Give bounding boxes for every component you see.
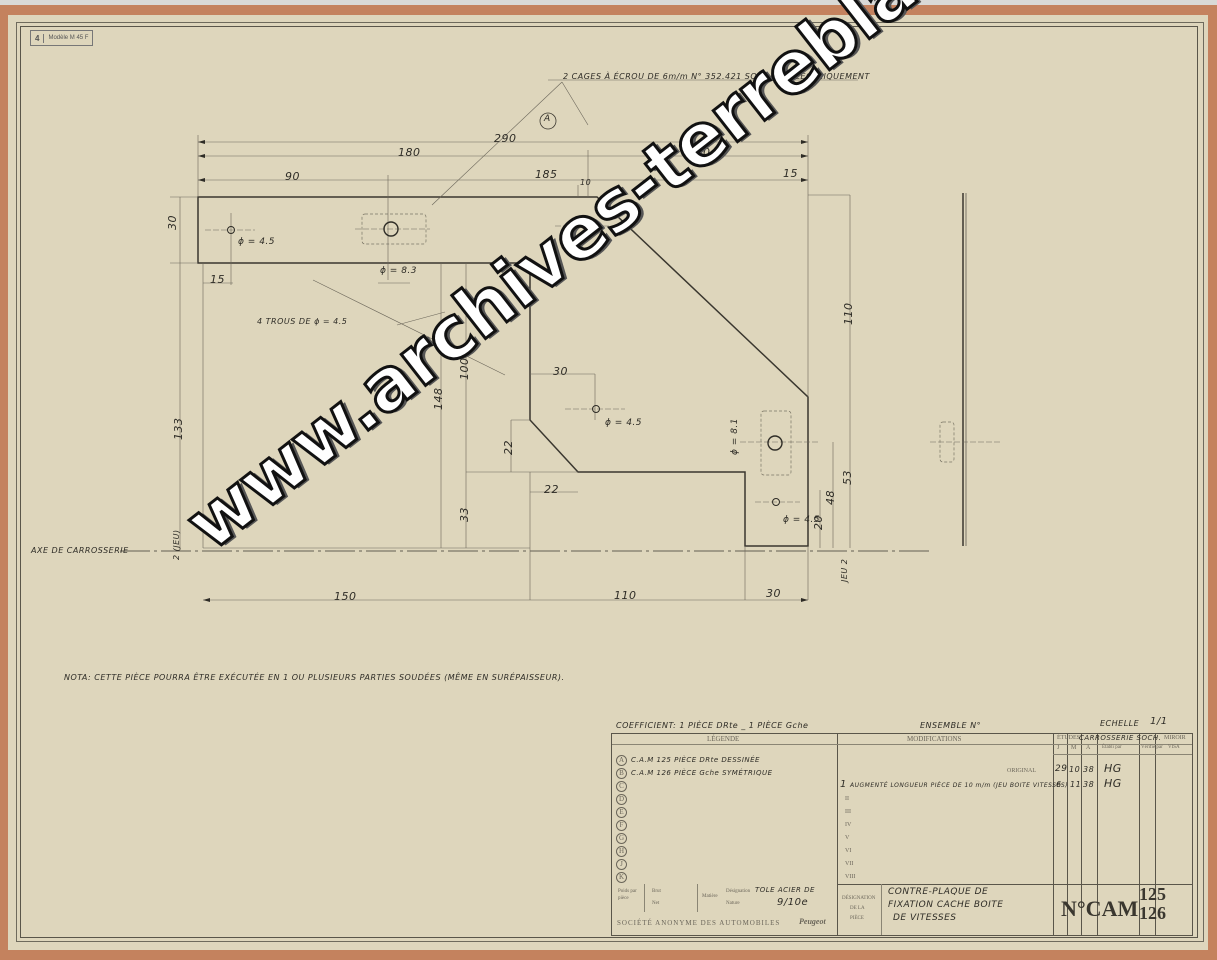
mod-row-3: III: [845, 805, 851, 819]
company-name: SOCIÉTÉ ANONYME DES AUTOMOBILES: [617, 919, 780, 927]
brand-logo: Peugeot: [799, 917, 826, 926]
dim-53: 53: [841, 470, 854, 485]
dim-15-top: 15: [783, 167, 798, 180]
echelle-value: 1/1: [1150, 716, 1168, 727]
legend-row-f: F: [616, 818, 627, 832]
etudes-header: ÉTUDES: [1057, 735, 1080, 741]
piece-name-line2: FIXATION CACHE BOITE: [888, 900, 1003, 910]
nature-label: Nature: [726, 901, 740, 906]
mod-original-etabli: HG: [1104, 762, 1122, 775]
mod-1-j: 6: [1056, 780, 1062, 789]
dim-30-bottom: 30: [766, 587, 781, 600]
dim-22-v: 22: [502, 440, 515, 455]
jeu-right: JEU 2: [840, 559, 849, 582]
dim-20: 20: [812, 515, 825, 530]
dim-110-right: 110: [842, 303, 855, 326]
col-m: M: [1071, 745, 1076, 751]
mod-1-m: 11: [1070, 780, 1081, 789]
etudes-value: CARROSSERIE SOCH.: [1079, 734, 1161, 742]
hole-d45-top: ϕ = 4.5: [238, 237, 275, 247]
mod-1-etabli: HG: [1104, 777, 1122, 790]
legend-row-c: C: [616, 779, 627, 793]
dim-180: 180: [398, 146, 421, 159]
jeu-left: 2 (JEU): [172, 529, 181, 560]
col-verifie: Vérifié par: [1141, 745, 1163, 750]
mod-row-2: II: [845, 792, 849, 806]
modifications-header: MODIFICATIONS: [907, 735, 961, 743]
ensemble: ENSEMBLE N°: [920, 721, 981, 730]
legend-row-a: AC.A.M 125 PIÈCE DRte DESSINÉE: [616, 753, 760, 767]
drawing-number-1: 125: [1139, 884, 1166, 905]
legend-row-j: J: [616, 857, 627, 871]
callout-a: A: [544, 114, 551, 124]
nota-text: NOTA: CETTE PIÈCE POURRA ÊTRE EXÉCUTÉE E…: [64, 673, 565, 682]
matiere-label: Matière: [702, 894, 718, 899]
mod-original-a: 38: [1083, 765, 1094, 774]
mod-original: ORIGINAL: [1007, 768, 1036, 774]
matiere-designation: TOLE ACIER DE: [755, 886, 815, 894]
legend-row-h: H: [616, 844, 627, 858]
brut-label: Brut: [652, 889, 661, 894]
mod-original-j: 29: [1055, 764, 1067, 774]
drawing-number-2: 126: [1139, 903, 1166, 924]
designation-section: DÉSIGNATION DE LA PIÈCE CONTRE-PLAQUE DE…: [838, 884, 1053, 935]
axis-label: AXE DE CARROSSERIE: [31, 546, 129, 555]
mod-row-4: IV: [845, 818, 851, 832]
col-a: A: [1086, 745, 1090, 751]
dim-15-left: 15: [210, 273, 225, 286]
dim-133: 133: [172, 418, 185, 441]
legend-row-g: G: [616, 831, 627, 845]
dim-90: 90: [285, 170, 300, 183]
mod-row-6: VI: [845, 844, 851, 858]
dim-33: 33: [458, 507, 471, 522]
designation-label: Désignation: [726, 889, 750, 894]
mod-row-5: V: [845, 831, 849, 845]
material-section: Poids par pièce Brut Net Matière Désigna…: [612, 884, 837, 935]
legend-row-e: E: [616, 805, 627, 819]
dim-150: 150: [334, 590, 357, 603]
dim-48: 48: [824, 490, 837, 505]
dim-30-h: 30: [553, 365, 568, 378]
title-block: LÉGENDE MODIFICATIONS ÉTUDES CARROSSERIE…: [611, 733, 1193, 936]
echelle-label: ECHELLE: [1100, 719, 1139, 728]
col-etabli: Établi par: [1102, 745, 1122, 750]
mod-1-text: AUGMENTÉ LONGUEUR PIÈCE DE 10 m/m (JEU B…: [850, 782, 1068, 789]
dim-30-left: 30: [166, 215, 179, 230]
mod-row-7: VII: [845, 857, 853, 871]
legend-row-k: K: [616, 870, 627, 884]
holes-note: 4 TROUS DE ϕ = 4.5: [257, 317, 347, 326]
coefficient: COEFFICIENT: 1 PIÈCE DRte _ 1 PIÈCE Gche: [616, 721, 808, 730]
matiere-nature: 9/10e: [777, 897, 808, 908]
legend-row-b: BC.A.M 126 PIÈCE Gche SYMÉTRIQUE: [616, 766, 773, 780]
dim-110-bottom: 110: [614, 589, 637, 602]
mod-1-num: 1: [840, 779, 847, 790]
hole-d81: ϕ = 8.1: [730, 418, 740, 455]
piece-name-line1: CONTRE-PLAQUE DE: [888, 887, 988, 897]
piece-name-line3: DE VITESSES: [893, 913, 956, 923]
legend-row-d: D: [616, 792, 627, 806]
mod-original-m: 10: [1069, 765, 1080, 774]
col-visa: VISA: [1168, 745, 1180, 750]
drawing-number-section: N°CAM 125 126: [1053, 884, 1192, 935]
legende-header: LÉGENDE: [707, 735, 739, 743]
mod-1-a: 38: [1083, 780, 1094, 789]
miroir-header: MIROIR: [1164, 735, 1186, 741]
dim-290: 290: [494, 132, 517, 145]
poids-label: Poids par pièce: [618, 888, 638, 902]
mod-row-8: VIII: [845, 870, 855, 884]
col-j: J: [1057, 745, 1059, 751]
hole-d45-mid: ϕ = 4.5: [605, 418, 642, 428]
hole-d83: ϕ = 8.3: [380, 266, 417, 276]
dim-22-h: 22: [544, 483, 559, 496]
drawing-prefix: N°CAM: [1061, 896, 1138, 922]
net-label: Net: [652, 901, 659, 906]
dim-185: 185: [535, 168, 558, 181]
